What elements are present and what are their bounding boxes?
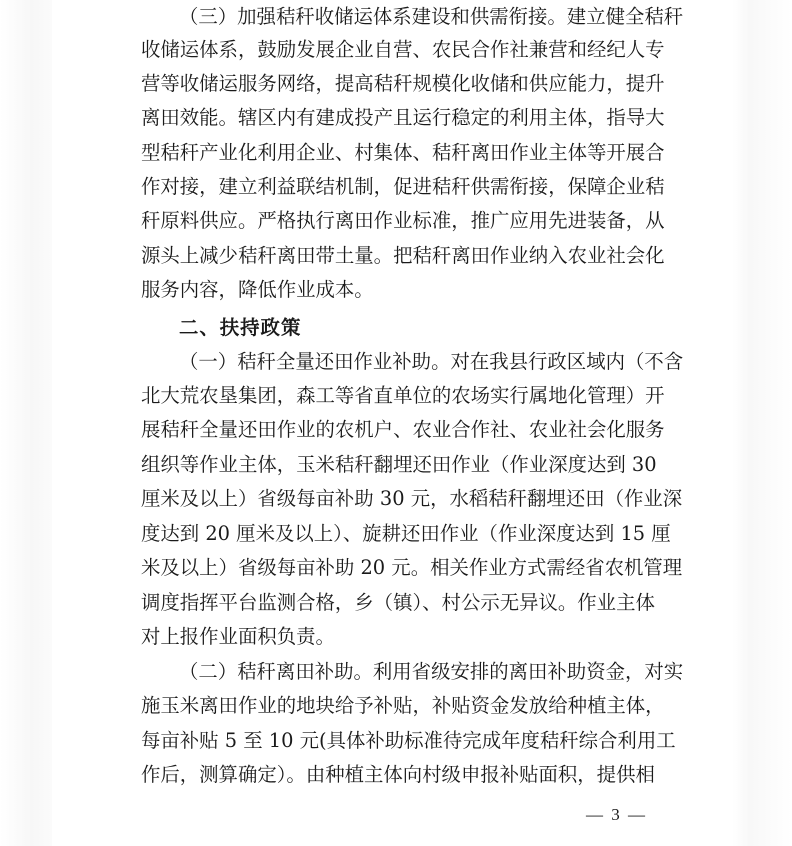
paragraph-line: （二）秸秆离田补助。利用省级安排的离田补助资金，对实 <box>179 655 644 689</box>
paragraph-line: 米及以上）省级每亩补助 20 元。相关作业方式需经省农机管理 <box>141 551 644 585</box>
paragraph-line: 每亩补贴 5 至 10 元(具体补助标准待完成年度秸秆综合利用工 <box>141 724 644 758</box>
scan-shadow-left <box>0 0 52 846</box>
page-number: — 3 — <box>586 801 647 829</box>
paragraph-line: 源头上减少秸秆离田带土量。把秸秆离田作业纳入农业社会化 <box>141 239 644 273</box>
paragraph-line: 北大荒农垦集团，森工等省直单位的农场实行属地化管理）开 <box>141 379 644 413</box>
paragraph-line: 展秸秆全量还田作业的农机户、农业合作社、农业社会化服务 <box>141 413 644 447</box>
paragraph-line: 收储运体系，鼓励发展企业自营、农民合作社兼营和经纪人专 <box>141 33 644 67</box>
paragraph-line: （一）秸秆全量还田作业补助。对在我县行政区域内（不含 <box>179 345 644 379</box>
paragraph-line: 作后，测算确定）。由种植主体向村级申报补贴面积，提供相 <box>141 758 644 792</box>
paragraph-line: 调度指挥平台监测合格，乡（镇）、村公示无异议。作业主体 <box>141 586 644 620</box>
paragraph-line: （三）加强秸秆收储运体系建设和供需衔接。建立健全秸秆 <box>179 0 644 34</box>
paragraph-line: 秆原料供应。严格执行离田作业标准，推广应用先进装备，从 <box>141 204 644 238</box>
paragraph-line: 营等收储运服务网络，提高秸秆规模化收储和供应能力，提升 <box>141 67 644 101</box>
paragraph-line: 厘米及以上）省级每亩补助 30 元，水稻秸秆翻埋还田（作业深 <box>141 482 644 516</box>
paragraph-line: 度达到 20 厘米及以上）、旋耕还田作业（作业深度达到 15 厘 <box>141 517 644 551</box>
section-heading: 二、扶持政策 <box>179 311 301 345</box>
paragraph-line: 组织等作业主体，玉米秸秆翻埋还田作业（作业深度达到 30 <box>141 448 644 482</box>
paragraph-line: 作对接，建立利益联结机制，促进秸秆供需衔接，保障企业秸 <box>141 170 644 204</box>
paragraph-line: 离田效能。辖区内有建成投产且运行稳定的利用主体，指导大 <box>141 101 644 135</box>
paragraph-line: 型秸秆产业化利用企业、村集体、秸秆离田作业主体等开展合 <box>141 136 644 170</box>
paragraph-line: 服务内容，降低作业成本。 <box>141 273 644 307</box>
scan-shadow-right <box>732 0 792 846</box>
paragraph-line: 施玉米离田作业的地块给予补贴，补贴资金发放给种植主体， <box>141 689 644 723</box>
paragraph-line: 对上报作业面积负责。 <box>141 620 644 654</box>
